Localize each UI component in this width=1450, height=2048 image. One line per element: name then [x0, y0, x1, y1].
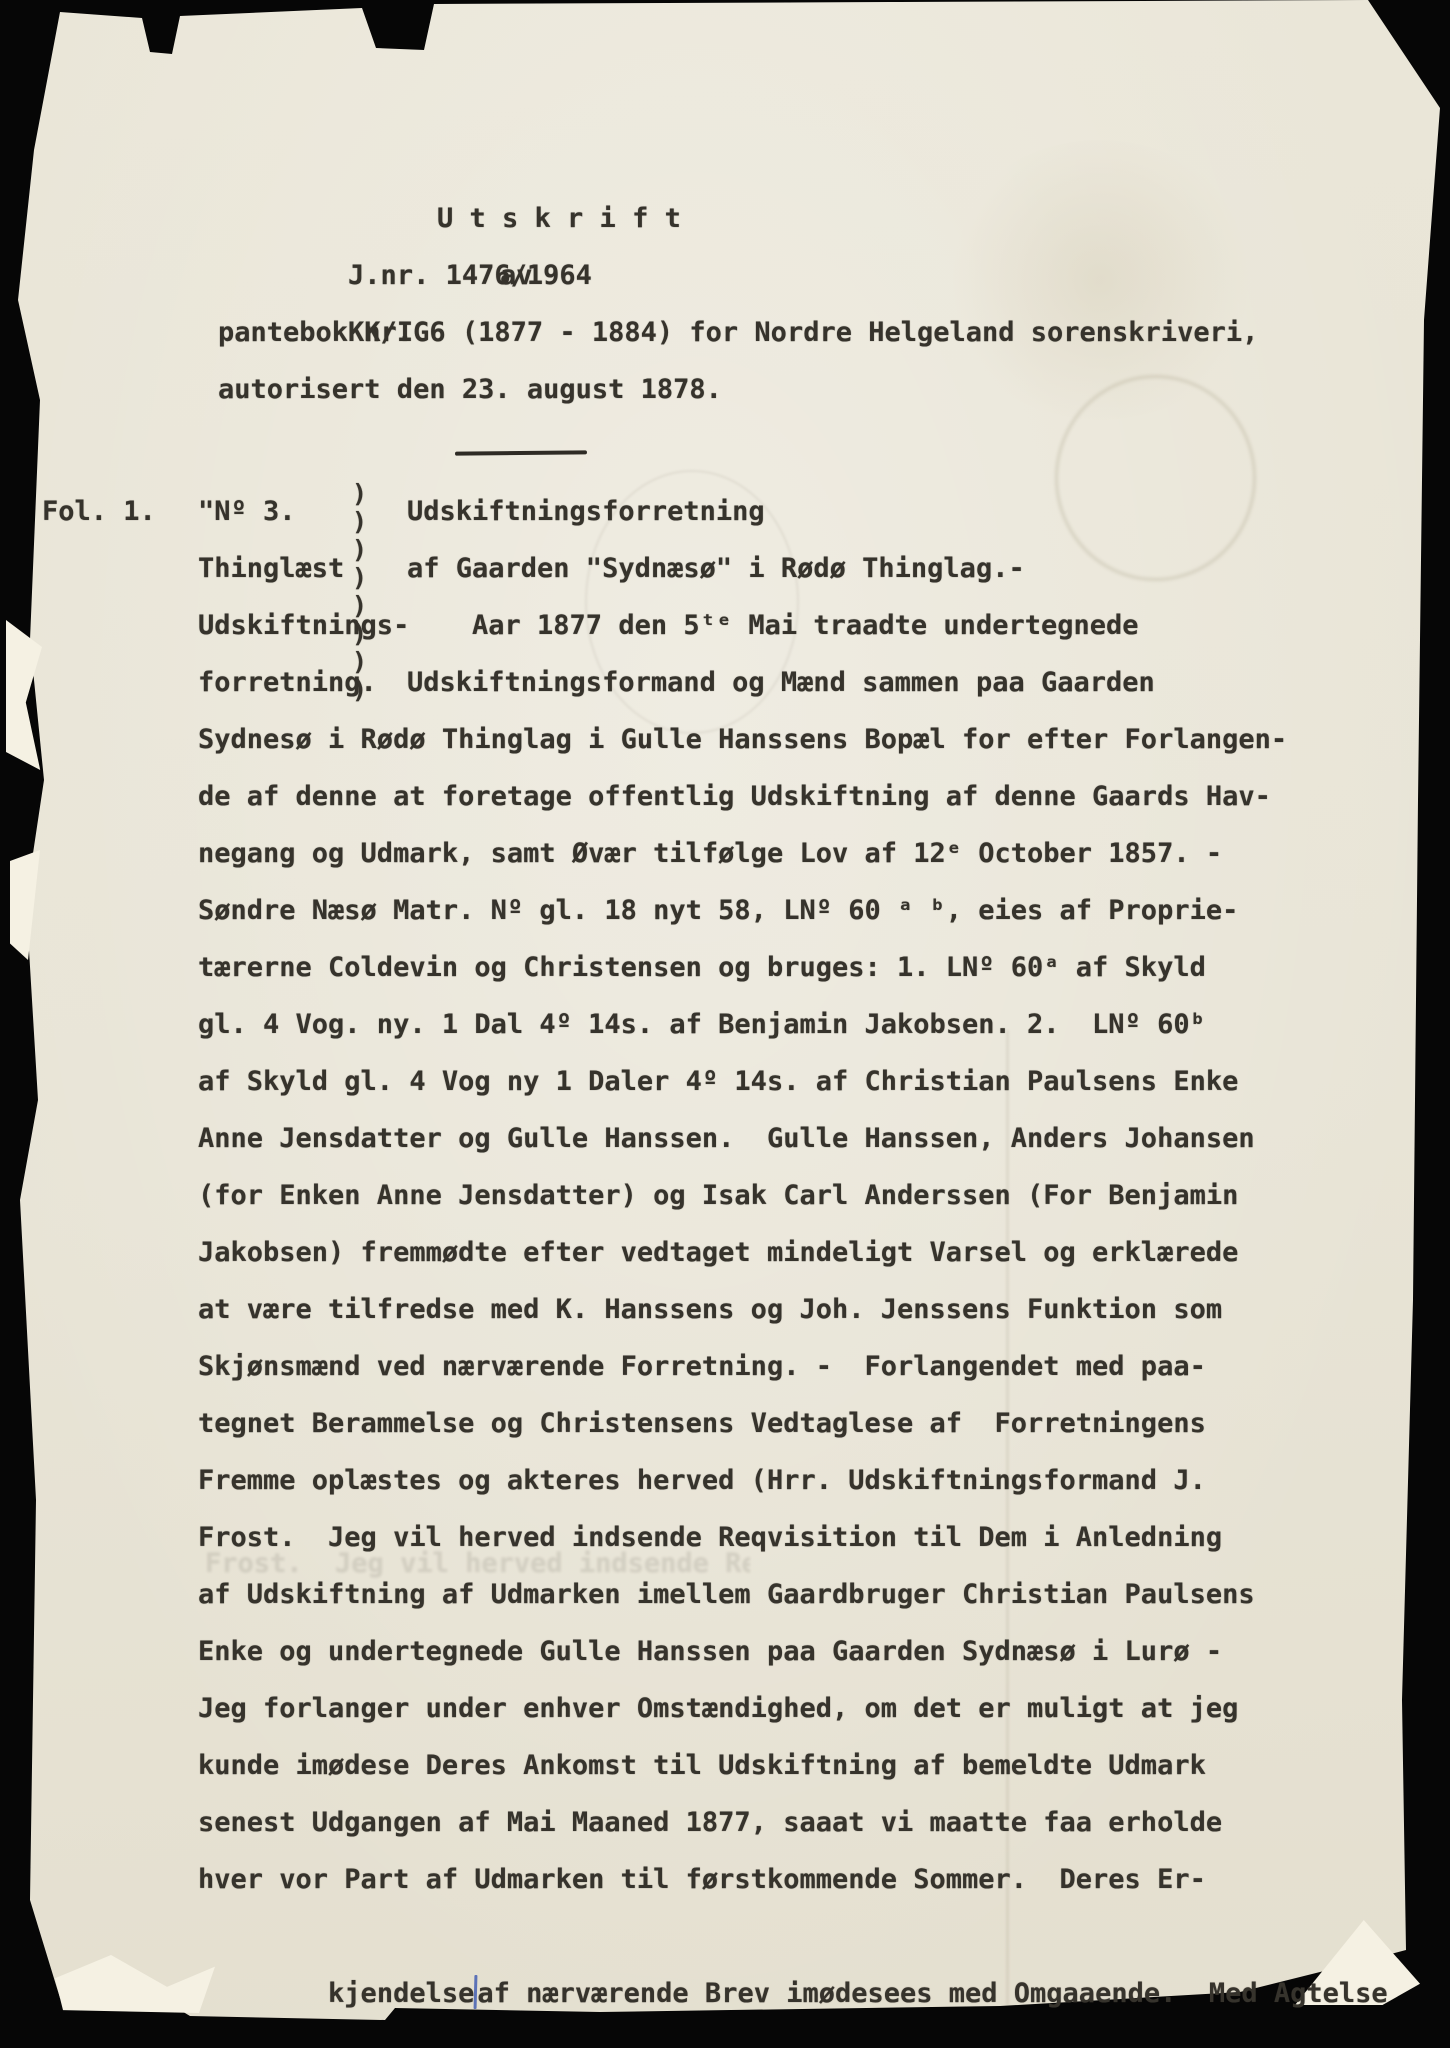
- caption-text-line: af Gaarden "Sydnæsø" i Rødø Thinglag.-: [407, 540, 1155, 597]
- body-line: (for Enken Anne Jensdatter) og Isak Carl…: [198, 1167, 1388, 1224]
- caption-text-line: Udskiftningsformand og Mænd sammen paa G…: [407, 654, 1155, 711]
- caption-label: forretning.: [198, 654, 409, 711]
- body-line: Jakobsen) fremmødte efter vedtaget minde…: [198, 1224, 1388, 1281]
- body-line: Jeg forlanger under enhver Omstændighed,…: [198, 1680, 1388, 1737]
- case-caption-text: Udskiftningsforretning af Gaarden "Sydnæ…: [407, 483, 1155, 711]
- body-line: Sydnesø i Rødø Thinglag i Gulle Hanssens…: [198, 711, 1388, 768]
- body-line: gl. 4 Vog. ny. 1 Dal 4º 14s. af Benjamin…: [198, 996, 1388, 1053]
- caption-bracket-glyph: ): [352, 648, 367, 676]
- body-line: de af denne at foretage offentlig Udskif…: [198, 768, 1388, 825]
- caption-label: Thinglæst: [198, 540, 409, 597]
- caption-bracket-glyph: ): [352, 592, 367, 620]
- caption-bracket-glyph: ): [352, 536, 367, 564]
- body-line: Enke og undertegnede Gulle Hanssen paa G…: [198, 1623, 1388, 1680]
- body-line: kunde imødese Deres Ankomst til Udskiftn…: [198, 1737, 1388, 1794]
- body-line: Søndre Næsø Matr. Nº gl. 18 nyt 58, LNº …: [198, 882, 1388, 939]
- body-line: Anne Jensdatter og Gulle Hanssen. Gulle …: [198, 1110, 1388, 1167]
- caption-bracket-glyph: ): [352, 480, 367, 508]
- document-header: J.nr. 1476/1964 U t s k r i f t KK/IG av…: [218, 190, 1258, 418]
- body-line-fragment: kjendelse: [328, 1978, 474, 2009]
- clerk-initials: KK/IG: [348, 317, 429, 348]
- body-line-with-pen-mark: kjendelseaf nærværende Brev imødesees me…: [198, 1908, 1388, 1965]
- body-line: at være tilfredse med K. Hanssens og Joh…: [198, 1281, 1388, 1338]
- body-line: Fremme oplæstes og akteres herved (Hrr. …: [198, 1452, 1388, 1509]
- scan-background: Frost. Jeg vil herved indsende Reqvisiti…: [0, 0, 1450, 2048]
- body-line: Skjønsmænd ved nærværende Forretning. - …: [198, 1338, 1388, 1395]
- body-line: Frost. Jeg vil herved indsende Reqvisiti…: [198, 1509, 1388, 1566]
- caption-bracket-column: ) ) ) ) ) ) ) ): [352, 480, 367, 704]
- caption-bracket-glyph: ): [352, 508, 367, 536]
- of-label: av: [500, 247, 533, 304]
- case-caption-labels: "Nº 3. Thinglæst Udskiftnings- forretnin…: [198, 483, 409, 711]
- caption-text-line: Udskiftningsforretning: [407, 483, 1155, 540]
- body-line: tærerne Coldevin og Christensen og bruge…: [198, 939, 1388, 996]
- separator-rule: [455, 450, 587, 455]
- record-body-text: Sydnesø i Rødø Thinglag i Gulle Hanssens…: [198, 711, 1388, 1965]
- body-line: hver vor Part af Udmarken til førstkomme…: [198, 1851, 1388, 1908]
- caption-label: "Nº 3.: [198, 483, 409, 540]
- body-line: negang og Udmark, samt Øvær tilfølge Lov…: [198, 825, 1388, 882]
- body-line: tegnet Berammelse og Christensens Vedtag…: [198, 1395, 1388, 1452]
- caption-label: Udskiftnings-: [198, 597, 409, 654]
- typewritten-text-layer: Frost. Jeg vil herved indsende Reqvisiti…: [0, 0, 1450, 2048]
- authorization-line: autorisert den 23. august 1878.: [218, 361, 1258, 418]
- folio-margin-note: Fol. 1.: [42, 483, 156, 540]
- page-title: U t s k r i f t: [437, 190, 681, 247]
- caption-bracket-glyph: ): [352, 564, 367, 592]
- body-line: af Skyld gl. 4 Vog ny 1 Daler 4º 14s. af…: [198, 1053, 1388, 1110]
- body-line-fragment: af nærværende Brev imødesees med Omgaaen…: [477, 1978, 1387, 2009]
- body-line: af Udskiftning af Udmarken imellem Gaard…: [198, 1566, 1388, 1623]
- body-line: senest Udgangen af Mai Maaned 1877, saaa…: [198, 1794, 1388, 1851]
- caption-bracket-glyph: ): [352, 676, 367, 704]
- caption-bracket-glyph: ): [352, 620, 367, 648]
- caption-text-line: Aar 1877 den 5ᵗᵉ Mai traadte undertegned…: [407, 597, 1155, 654]
